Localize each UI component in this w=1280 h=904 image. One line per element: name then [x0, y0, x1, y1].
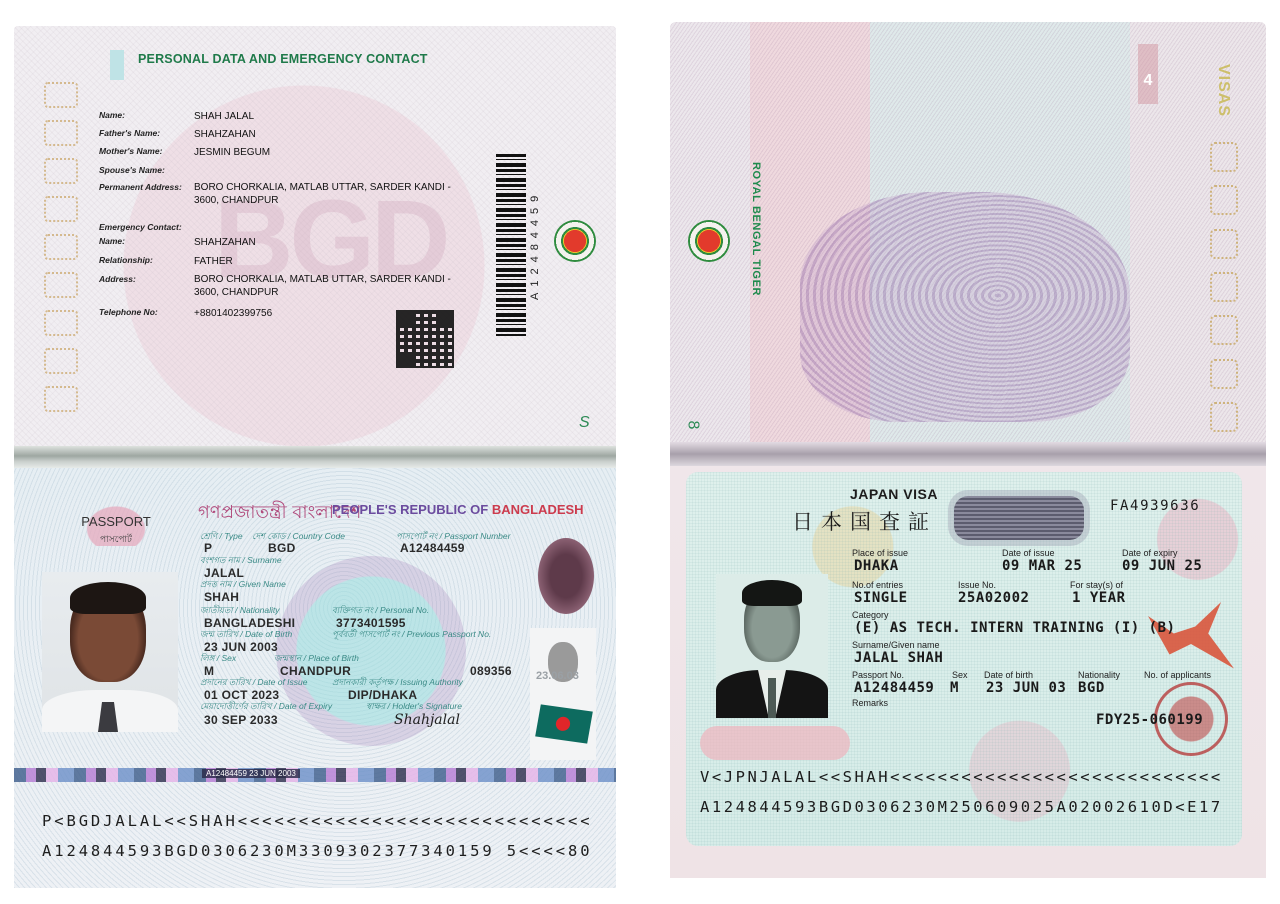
- given-name-value: SHAH: [204, 590, 239, 604]
- country-name-en: PEOPLE'S REPUBLIC OF BANGLADESH: [332, 502, 584, 517]
- type-value: P: [204, 541, 212, 555]
- qr-code: [396, 310, 454, 368]
- passport-title: PASSPORT: [74, 514, 158, 529]
- hologram-text: A12484459 23 JUN 2003: [202, 769, 300, 778]
- visa-hologram: [954, 496, 1084, 540]
- visa-reference-number: FDY25-060199: [1096, 712, 1203, 728]
- paper-crane-icon: [1148, 602, 1234, 672]
- country-code-value: BGD: [268, 541, 296, 555]
- stay-duration-value: 1 YEAR: [1072, 590, 1126, 606]
- visa-book-gutter: [670, 442, 1266, 466]
- visa-book-bottom-page: JAPAN VISA 日本国査証 FA4939636 Place of issu…: [670, 466, 1266, 878]
- mrz-line-1: P<BGDJALAL<<SHAH<<<<<<<<<<<<<<<<<<<<<<<<…: [42, 812, 592, 830]
- visa-date-of-issue-value: 09 MAR 25: [1002, 558, 1082, 574]
- visa-title: JAPAN VISA: [850, 486, 938, 502]
- visa-mrz-line-1: V<JPNJALAL<<SHAH<<<<<<<<<<<<<<<<<<<<<<<<…: [700, 768, 1223, 786]
- category-value: (E) AS TECH. INTERN TRAINING (I) (B): [854, 620, 1175, 636]
- barcode: [496, 154, 526, 336]
- personal-data-page: BGD PERSONAL DATA AND EMERGENCY CONTACT …: [14, 26, 616, 446]
- page-number-8: 8: [683, 421, 701, 430]
- page-number-4: 4: [1138, 44, 1158, 104]
- personal-data-header: PERSONAL DATA AND EMERGENCY CONTACT: [138, 52, 428, 66]
- visa-title-jp: 日本国査証: [792, 506, 937, 536]
- holder-photo: [42, 572, 178, 732]
- ghost-portrait-oval: [538, 538, 594, 614]
- bangladesh-flag-icon: [535, 704, 593, 743]
- passport-number-value: A12484459: [400, 541, 465, 555]
- passport-title-bn: পাসপোর্ট: [74, 532, 158, 547]
- passport-visa-spread: ROYAL BENGAL TIGER 4 VISAS 8 JAPAN VISA …: [670, 22, 1266, 878]
- page-tab-marker: [110, 50, 124, 80]
- government-seal-icon: [688, 220, 730, 262]
- government-seal-icon: [554, 220, 596, 262]
- perforated-number: [1210, 142, 1238, 432]
- visa-passport-number-value: A12484459: [854, 680, 934, 696]
- visa-serial-number: FA4939636: [1110, 498, 1200, 514]
- visa-name-value: JALAL SHAH: [854, 650, 943, 666]
- visa-date-of-birth-value: 23 JUN 03: [986, 680, 1066, 696]
- hologram-strip: [14, 768, 616, 782]
- ghost-portrait: 23.06.03: [530, 628, 596, 760]
- page-marker: S: [579, 414, 590, 432]
- holder-signature: Shahjalal: [394, 712, 460, 728]
- date-of-expiry-value: 30 SEP 2033: [204, 713, 278, 727]
- perforated-number: [44, 82, 78, 412]
- visa-date-of-expiry-value: 09 JUN 25: [1122, 558, 1202, 574]
- mrz-line-2: A124844593BGD0306230M3309302377340159 5<…: [42, 842, 592, 860]
- entries-value: SINGLE: [854, 590, 908, 606]
- misc-number-value: 089356: [470, 664, 512, 678]
- visas-heading: VISAS: [1214, 64, 1232, 117]
- passport-bangladesh: BGD PERSONAL DATA AND EMERGENCY CONTACT …: [14, 26, 616, 888]
- visa-ghost-name: [700, 726, 850, 760]
- place-of-issue-value: DHAKA: [854, 558, 899, 574]
- visa-nationality-value: BGD: [1078, 680, 1105, 696]
- japan-visa-sticker: JAPAN VISA 日本国査証 FA4939636 Place of issu…: [686, 472, 1242, 846]
- royal-bengal-tiger-caption: ROYAL BENGAL TIGER: [750, 162, 762, 296]
- visa-sex-value: M: [950, 680, 959, 696]
- issue-number-value: 25A02002: [958, 590, 1029, 606]
- visa-holder-photo: [716, 574, 828, 718]
- passport-gutter: [14, 446, 616, 468]
- visa-book-top-page: ROYAL BENGAL TIGER 4 VISAS 8: [670, 22, 1266, 442]
- barcode-text: A12484459: [529, 154, 543, 336]
- royal-bengal-tiger-illustration: [800, 192, 1130, 422]
- passport-data-page: PASSPORT পাসপোর্ট গণপ্রজাতন্ত্রী বাংলাদে…: [14, 468, 616, 888]
- visa-mrz-line-2: A124844593BGD0306230M250609025A02002610D…: [700, 798, 1223, 816]
